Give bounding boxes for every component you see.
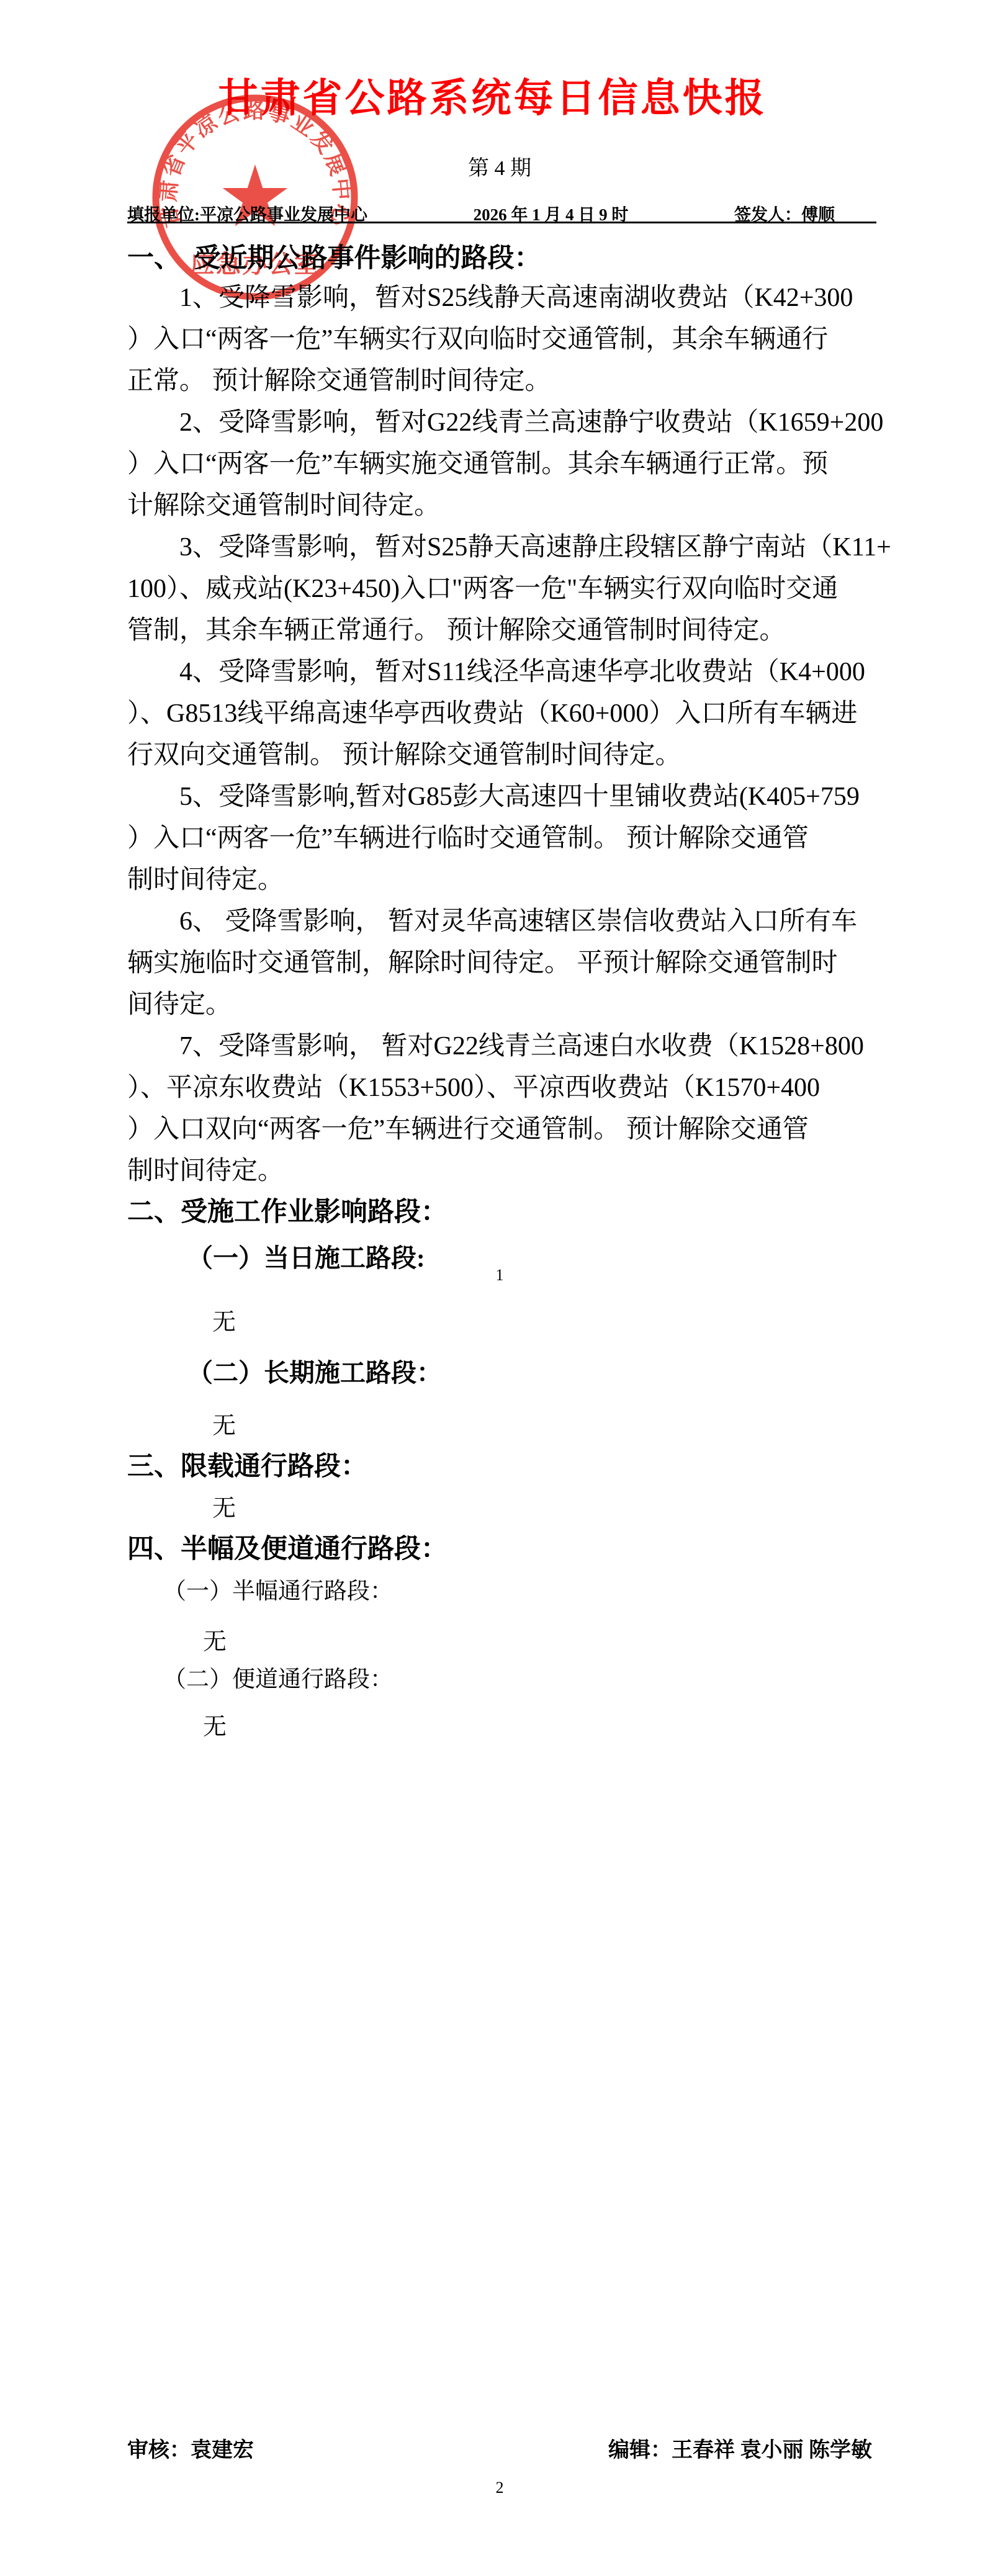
text-line: 计解除交通管制时间待定。 — [127, 485, 881, 527]
section-4-sub-1-value: 无 — [127, 1627, 881, 1658]
paragraph-7: 7、受降雪影响， 暂对G22线青兰高速白水收费（K1528+800 ）、平凉东收… — [127, 1026, 881, 1192]
text-line: 2、受降雪影响，暂对G22线青兰高速静宁收费站（K1659+200 — [127, 402, 881, 444]
text-line: 制时间待定。 — [127, 1151, 881, 1192]
text-line: 6、 受降雪影响， 暂对灵华高速辖区崇信收费站入口所有车 — [127, 901, 881, 943]
paragraph-4: 4、受降雪影响，暂对S11线泾华高速华亭北收费站（K4+000 ）、G8513线… — [127, 652, 881, 776]
section-4-sub-1-label: （一）半幅通行路段： — [127, 1577, 881, 1607]
text-line: 4、受降雪影响，暂对S11线泾华高速华亭北收费站（K4+000 — [127, 652, 881, 693]
section-4-heading: 四、半幅及便道通行路段： — [127, 1532, 881, 1567]
paragraph-2: 2、受降雪影响，暂对G22线青兰高速静宁收费站（K1659+200 ）入口“两客… — [127, 402, 881, 527]
editors: 编辑：王春祥 袁小丽 陈学敏 — [608, 2433, 872, 2463]
page-number-1: 1 — [0, 1267, 985, 1283]
text-line: 正常。 预计解除交通管制时间待定。 — [127, 361, 881, 402]
section-3-heading: 三、限载通行路段： — [127, 1450, 881, 1484]
text-line: ）入口双向“两客一危”车辆进行交通管制。 预计解除交通管 — [127, 1109, 881, 1151]
text-line: 100）、威戎站(K23+450)入口"两客一危"车辆实行双向临时交通 — [127, 568, 881, 610]
text-line: 管制，其余车辆正常通行。 预计解除交通管制时间待定。 — [127, 610, 881, 652]
text-line: 行双向交通管制。 预计解除交通管制时间待定。 — [127, 735, 881, 776]
section-2-heading: 二、受施工作业影响路段： — [127, 1195, 881, 1230]
official-seal-stamp: 甘肃省平凉公路事业发展中心 应急办公室 — [133, 78, 382, 326]
page-number-2: 2 — [0, 2480, 985, 2496]
section-2-sub-2-label: （二）长期施工路段： — [127, 1357, 881, 1389]
reviewer: 审核：袁建宏 — [127, 2433, 254, 2463]
section-4-sub-2-label: （二）便道通行路段： — [127, 1665, 881, 1695]
section-2-sub-2-value: 无 — [127, 1411, 881, 1442]
document-body: 一、 受近期公路事件影响的路段： 1、受降雪影响，暂对S25线静天高速南湖收费站… — [127, 240, 881, 1743]
text-line: ）、平凉东收费站（K1553+500）、平凉西收费站（K1570+400 — [127, 1067, 881, 1109]
section-3-value: 无 — [127, 1493, 881, 1524]
paragraph-3: 3、受降雪影响，暂对S25静天高速静庄段辖区静宁南站（K11+ 100）、威戎站… — [127, 527, 881, 652]
text-line: 制时间待定。 — [127, 859, 881, 901]
text-line: ）入口“两客一危”车辆实施交通管制。其余车辆通行正常。预 — [127, 444, 881, 485]
text-line: 辆实施临时交通管制，解除时间待定。 平预计解除交通管制时 — [127, 943, 881, 984]
text-line: 5、受降雪影响,暂对G85彭大高速四十里铺收费站(K405+759 — [127, 776, 881, 818]
document-page: 甘肃省公路系统每日信息快报 第 4 期 填报单位:平凉公路事业发展中心 2026… — [0, 0, 985, 2576]
stamp-star-icon — [223, 164, 288, 227]
paragraph-6: 6、 受降雪影响， 暂对灵华高速辖区崇信收费站入口所有车 辆实施临时交通管制，解… — [127, 901, 881, 1026]
section-4-sub-2-value: 无 — [127, 1712, 881, 1743]
paragraph-5: 5、受降雪影响,暂对G85彭大高速四十里铺收费站(K405+759 ）入口“两客… — [127, 776, 881, 901]
text-line: ）入口“两客一危”车辆进行临时交通管制。 预计解除交通管 — [127, 818, 881, 859]
text-line: ）、G8513线平绵高速华亭西收费站（K60+000）入口所有车辆进 — [127, 693, 881, 735]
text-line: 间待定。 — [127, 984, 881, 1026]
document-footer: 审核：袁建宏 编辑：王春祥 袁小丽 陈学敏 — [127, 2433, 872, 2463]
text-line: 7、受降雪影响， 暂对G22线青兰高速白水收费（K1528+800 — [127, 1026, 881, 1067]
section-2-sub-1-value: 无 — [127, 1307, 881, 1338]
text-line: 3、受降雪影响，暂对S25静天高速静庄段辖区静宁南站（K11+ — [127, 527, 881, 568]
stamp-center-text: 应急办公室 — [190, 250, 320, 278]
